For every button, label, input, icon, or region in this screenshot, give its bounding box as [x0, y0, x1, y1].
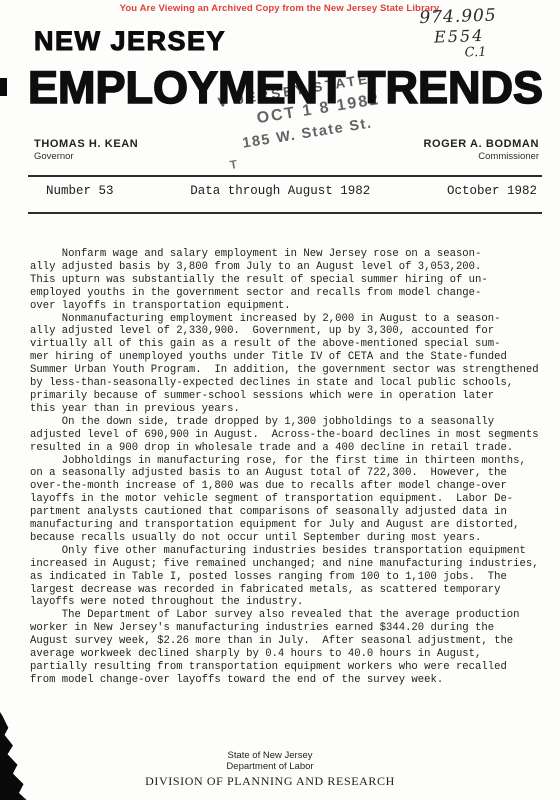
masthead-kicker: NEW JERSEY	[34, 26, 226, 57]
issue-date: October 1982	[447, 184, 537, 198]
divider	[28, 175, 542, 177]
governor-name: THOMAS H. KEAN	[34, 138, 138, 150]
issue-coverage: Data through August 1982	[190, 184, 370, 198]
call-number-line: C.1	[464, 43, 540, 61]
body-paragraph: Only five other manufacturing industries…	[30, 545, 539, 610]
footer-department: Department of Labor	[145, 761, 395, 772]
divider	[28, 212, 542, 214]
article-body: Nonfarm wage and salary employment in Ne…	[30, 248, 539, 687]
scan-artifact-blotch	[0, 712, 38, 800]
governor-block: THOMAS H. KEAN Governor	[34, 138, 138, 162]
body-paragraph: Nonfarm wage and salary employment in Ne…	[30, 248, 539, 313]
commissioner-name: ROGER A. BODMAN	[423, 138, 539, 150]
scan-artifact-edge-mark	[0, 78, 7, 96]
footer-division: DIVISION OF PLANNING AND RESEARCH	[145, 774, 395, 789]
commissioner-title: Commissioner	[423, 151, 539, 162]
footer-state: State of New Jersey	[145, 750, 395, 761]
scanned-document-page: You Are Viewing an Archived Copy from th…	[0, 0, 559, 800]
issue-line: Number 53 Data through August 1982 Octob…	[46, 184, 537, 198]
footer-imprint: State of New Jersey Department of Labor …	[145, 750, 395, 789]
body-paragraph: Nonmanufacturing employment increased by…	[30, 313, 539, 416]
body-paragraph: On the down side, trade dropped by 1,300…	[30, 416, 539, 455]
masthead-title: EMPLOYMENT TRENDS	[28, 62, 548, 114]
body-paragraph: Jobholdings in manufacturing rose, for t…	[30, 455, 539, 545]
governor-title: Governor	[34, 151, 138, 162]
issue-number: Number 53	[46, 184, 114, 198]
handwritten-call-number: 974.905 E554 C.1	[419, 4, 541, 62]
body-paragraph: The Department of Labor survey also reve…	[30, 609, 539, 686]
commissioner-block: ROGER A. BODMAN Commissioner	[423, 138, 539, 162]
